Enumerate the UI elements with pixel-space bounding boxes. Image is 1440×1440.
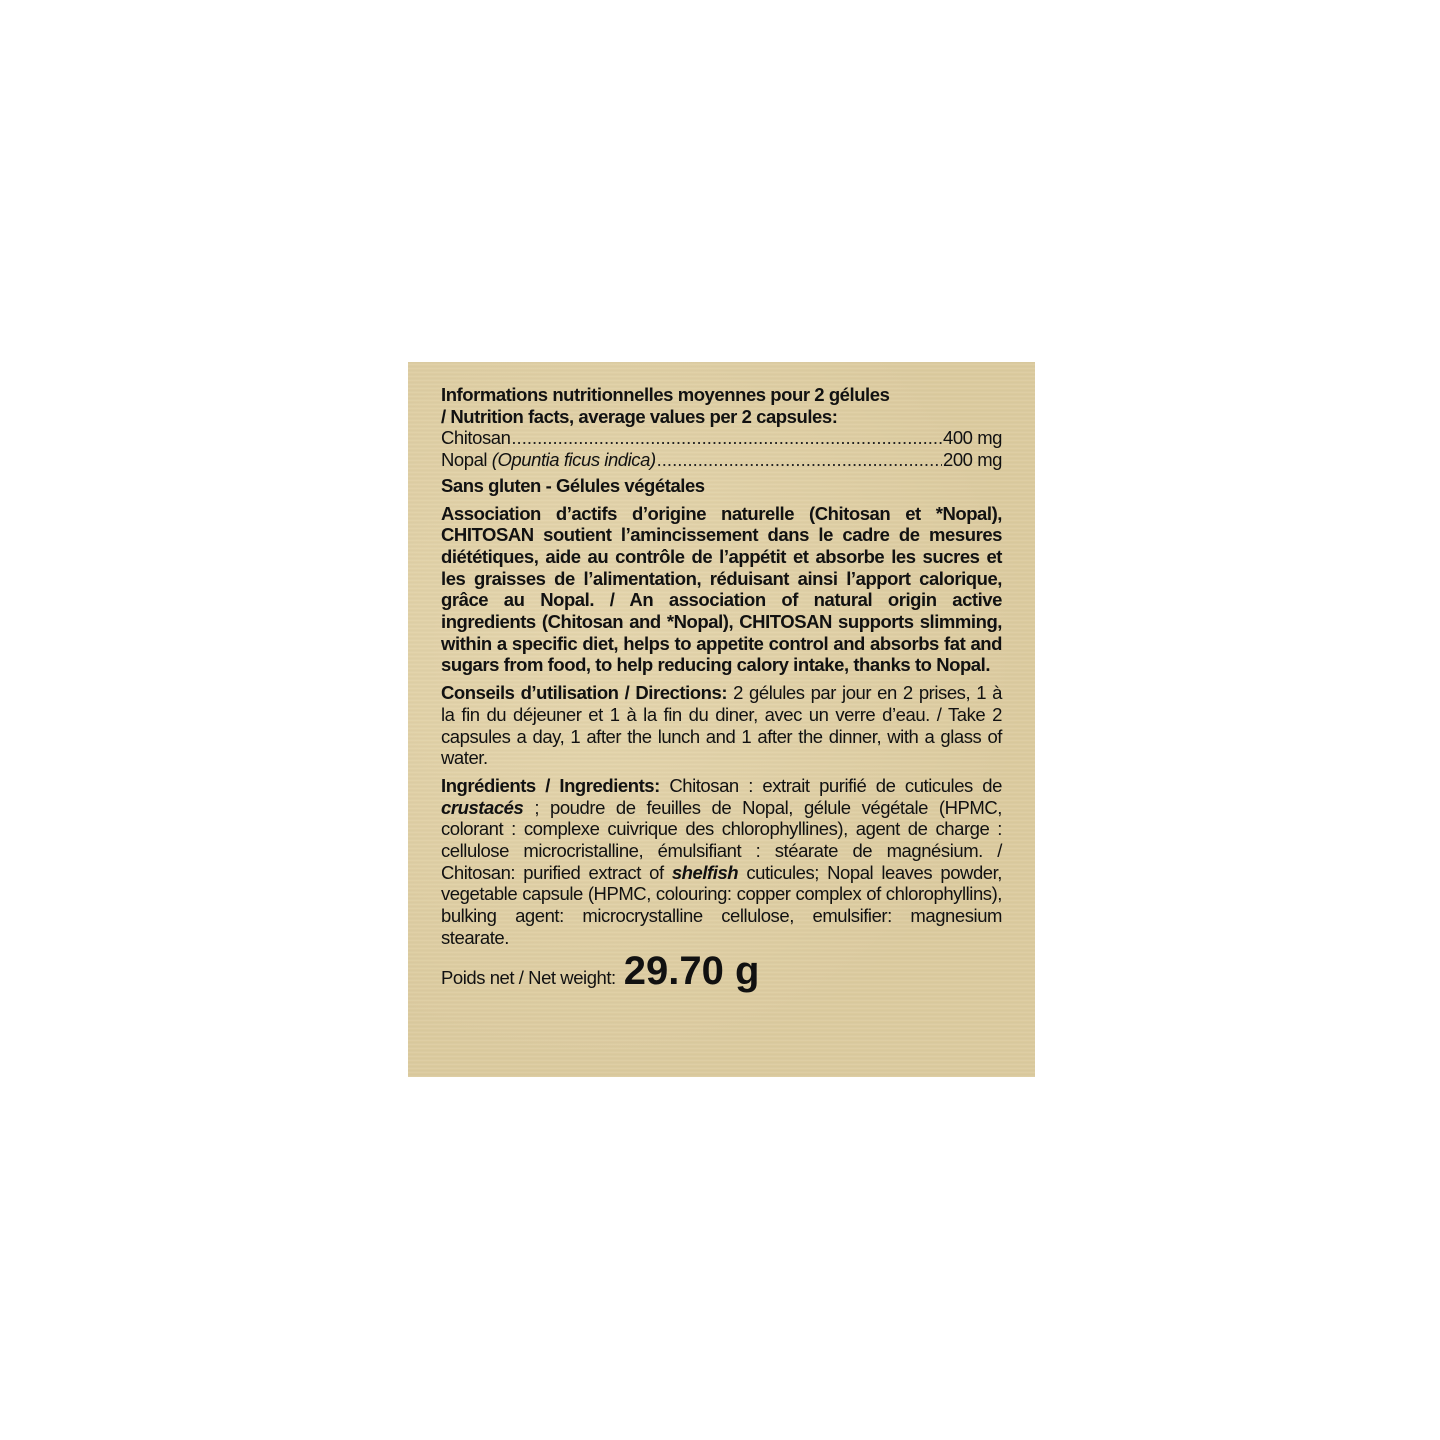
allergen-fr: crustacés: [441, 797, 523, 818]
ingredients-label: Ingrédients / Ingredients:: [441, 775, 660, 796]
directions-section: Conseils d’utilisation / Directions: 2 g…: [441, 682, 1002, 769]
nutrient-value: 200 mg: [943, 449, 1002, 471]
nutrition-heading-en: / Nutrition facts, average values per 2 …: [441, 406, 1002, 428]
nutrient-latin-name: (Opuntia ficus indica): [492, 449, 656, 471]
net-weight-value: 29.70 g: [624, 951, 760, 991]
net-weight: Poids net / Net weight: 29.70 g: [441, 951, 1002, 991]
nutrition-row-chitosan: Chitosan 400 mg: [441, 427, 1002, 449]
nutrition-heading-fr: Informations nutritionnelles moyennes po…: [441, 384, 1002, 406]
product-label-panel: Informations nutritionnelles moyennes po…: [408, 362, 1035, 1077]
product-description: Association d’actifs d’origine naturelle…: [441, 503, 1002, 677]
net-weight-label: Poids net / Net weight:: [441, 967, 616, 989]
ingredients-section: Ingrédients / Ingredients: Chitosan : ex…: [441, 775, 1002, 949]
nutrition-row-nopal: Nopal (Opuntia ficus indica) 200 mg: [441, 449, 1002, 471]
directions-label: Conseils d’utilisation / Directions:: [441, 682, 727, 703]
nutrient-name: Chitosan: [441, 427, 510, 449]
nutrition-table: Chitosan 400 mg Nopal (Opuntia ficus ind…: [441, 427, 1002, 470]
dot-leader: [657, 449, 942, 471]
allergen-en: shelfish: [672, 862, 738, 883]
claims-line: Sans gluten - Gélules végétales: [441, 475, 1002, 497]
nutrition-heading: Informations nutritionnelles moyennes po…: [441, 384, 1002, 427]
nutrient-value: 400 mg: [943, 427, 1002, 449]
ingredients-text-fr-1: Chitosan : extrait purifié de cuticules …: [660, 775, 1002, 796]
dot-leader: [511, 427, 942, 449]
nutrient-name: Nopal: [441, 449, 492, 471]
